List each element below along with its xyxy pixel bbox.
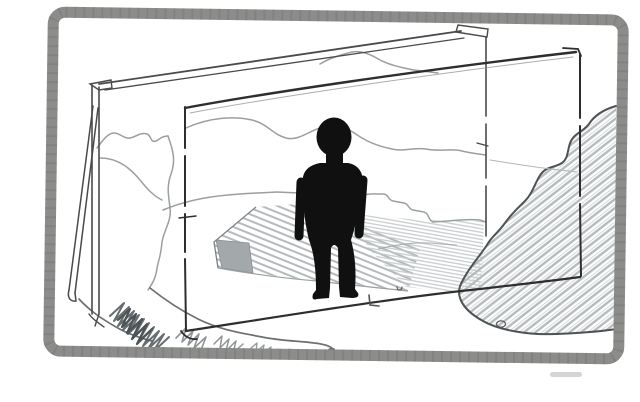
person-right-arm [359,180,363,234]
front-pane-right-edge [580,54,581,276]
person-left-arm [299,182,301,236]
sketch-illustration [0,0,640,402]
front-pane-left-edge [185,107,186,331]
pencil-smudge [550,372,582,377]
sketch-canvas [0,0,640,402]
